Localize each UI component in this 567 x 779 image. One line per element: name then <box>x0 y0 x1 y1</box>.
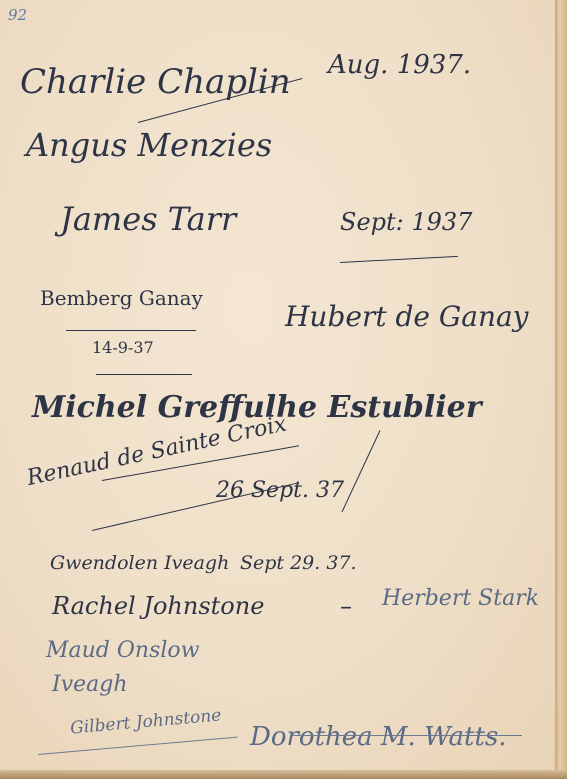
page-bottom-edge <box>0 770 567 779</box>
signature: Angus Menzies <box>26 126 272 164</box>
signature: Bemberg Ganay <box>40 286 203 310</box>
signature-date: 26 Sept. 37 <box>216 478 344 503</box>
underline <box>66 330 196 331</box>
underline <box>290 735 522 736</box>
signature-date: Sept 29. 37. <box>240 552 357 574</box>
signature-date: 14-9-37 <box>92 338 154 357</box>
underline <box>38 737 237 755</box>
signature: Hubert de Ganay <box>285 300 528 333</box>
flourish-line <box>342 430 381 512</box>
signature: Charlie Chaplin <box>20 62 291 102</box>
signature: Iveagh <box>52 672 128 697</box>
signature-date: Aug. 1937. <box>328 50 471 80</box>
autograph-page: 92 Charlie Chaplin Aug. 1937. Angus Menz… <box>0 0 555 770</box>
flourish-line <box>340 256 458 263</box>
signature: Rachel Johnstone <box>52 592 264 620</box>
signature: Gilbert Johnstone <box>69 705 222 738</box>
page-number: 92 <box>8 6 27 24</box>
signature: Herbert Stark <box>382 586 539 611</box>
signature-dash: – <box>340 592 352 620</box>
signature: Gwendolen Iveagh <box>50 552 229 574</box>
signature: James Tarr <box>60 200 236 238</box>
page-edge <box>555 0 567 779</box>
signature: Dorothea M. Watts. <box>250 722 507 752</box>
underline <box>96 374 192 375</box>
signature-date: Sept: 1937 <box>340 208 472 236</box>
signature: Maud Onslow <box>46 638 200 663</box>
